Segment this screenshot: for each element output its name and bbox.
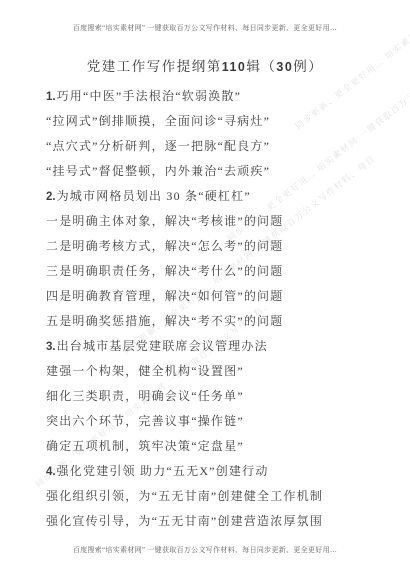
document-line: 三是明确职责任务，解决“考什么”的问题 — [46, 259, 390, 284]
line-text: “拉网式”倒排顺摸，全面问诊“寻病灶” — [46, 114, 270, 128]
line-number: 4. — [46, 466, 56, 478]
document-line: 建强一个构架，健全机构“设置图” — [46, 359, 390, 384]
document-line: 细化三类职责，明确会议“任务单” — [46, 384, 390, 409]
title-number: 30 — [276, 60, 293, 74]
line-text: 一是明确主体对象，解决“考核谁”的问题 — [46, 214, 283, 228]
document-line: 1.巧用“中医”手法根治“软弱涣散” — [46, 84, 390, 109]
line-text: 出台城市基层党建联席会议管理办法 — [57, 339, 268, 353]
document-line: “挂号式”督促整顿，内外兼治“去顽疾” — [46, 159, 390, 184]
line-text: 巧用“中医”手法根治“软弱涣散” — [57, 89, 242, 103]
line-text: 三是明确职责任务，解决“考什么”的问题 — [46, 264, 283, 278]
title-text: 党建工作写作提纲第 — [87, 59, 222, 74]
line-text: 强化宣传引导，为“五无甘南”创建营造浓厚氛围 — [46, 514, 323, 528]
title-text: 例） — [293, 59, 323, 74]
line-text: 五是明确奖惩措施，解决“考不实”的问题 — [46, 314, 283, 328]
document-line: 3.出台城市基层党建联席会议管理办法 — [46, 334, 390, 359]
document-body: 1.巧用“中医”手法根治“软弱涣散”“拉网式”倒排顺摸，全面问诊“寻病灶”“点穴… — [46, 84, 390, 534]
document-line: 五是明确奖惩措施，解决“考不实”的问题 — [46, 309, 390, 334]
line-number: 3. — [46, 341, 56, 353]
document-title: 党建工作写作提纲第110辑（30例） — [0, 55, 410, 75]
line-text: 四是明确教育管理，解决“如何管”的问题 — [46, 289, 283, 303]
document-line: 四是明确教育管理，解决“如何管”的问题 — [46, 284, 390, 309]
page-header-ad: 百度搜索“培实素材网” 一键获取百万公文写作材料、每日同步更新、更全更好用… — [0, 23, 410, 33]
line-text: 确定五项机制，筑牢决策“定盘星” — [46, 439, 244, 453]
document-line: 强化宣传引导，为“五无甘南”创建营造浓厚氛围 — [46, 509, 390, 534]
document-line: 2.为城市网格员划出 30 条“硬杠杠” — [46, 184, 390, 209]
document-page: 百度搜索“培实素材网” 一键获取百万公文写作材料、每日同步更新、更全更好用… 同… — [0, 0, 410, 580]
line-number: 2. — [46, 191, 56, 203]
line-text: “点穴式”分析研判，逐一把脉“配良方” — [46, 139, 270, 153]
document-line: 强化组织引领，为“五无甘南”创建健全工作机制 — [46, 484, 390, 509]
title-number: 110 — [222, 60, 247, 74]
line-text: 细化三类职责，明确会议“任务单” — [46, 389, 244, 403]
document-line: 突出六个环节，完善议事“操作链” — [46, 409, 390, 434]
line-text: 为城市网格员划出 30 条“硬杠杠” — [57, 189, 251, 203]
line-text: 强化党建引领 助力“五无X”创建行动 — [57, 464, 269, 478]
document-line: 4.强化党建引领 助力“五无X”创建行动 — [46, 459, 390, 484]
line-text: 强化组织引领，为“五无甘南”创建健全工作机制 — [46, 489, 323, 503]
document-line: 一是明确主体对象，解决“考核谁”的问题 — [46, 209, 390, 234]
line-number: 1. — [46, 91, 56, 103]
document-line: 二是明确考核方式，解决“怎么考”的问题 — [46, 234, 390, 259]
title-text: 辑（ — [246, 59, 276, 74]
line-text: 突出六个环节，完善议事“操作链” — [46, 414, 244, 428]
line-text: 二是明确考核方式，解决“怎么考”的问题 — [46, 239, 283, 253]
page-footer-ad: 百度搜索“培实素材网” 一键获取百万公文写作材料、每日同步更新、更全更好用… — [0, 545, 410, 555]
line-text: “挂号式”督促整顿，内外兼治“去顽疾” — [46, 164, 270, 178]
document-line: “点穴式”分析研判，逐一把脉“配良方” — [46, 134, 390, 159]
document-line: 确定五项机制，筑牢决策“定盘星” — [46, 434, 390, 459]
document-line: “拉网式”倒排顺摸，全面问诊“寻病灶” — [46, 109, 390, 134]
line-text: 建强一个构架，健全机构“设置图” — [46, 364, 244, 378]
